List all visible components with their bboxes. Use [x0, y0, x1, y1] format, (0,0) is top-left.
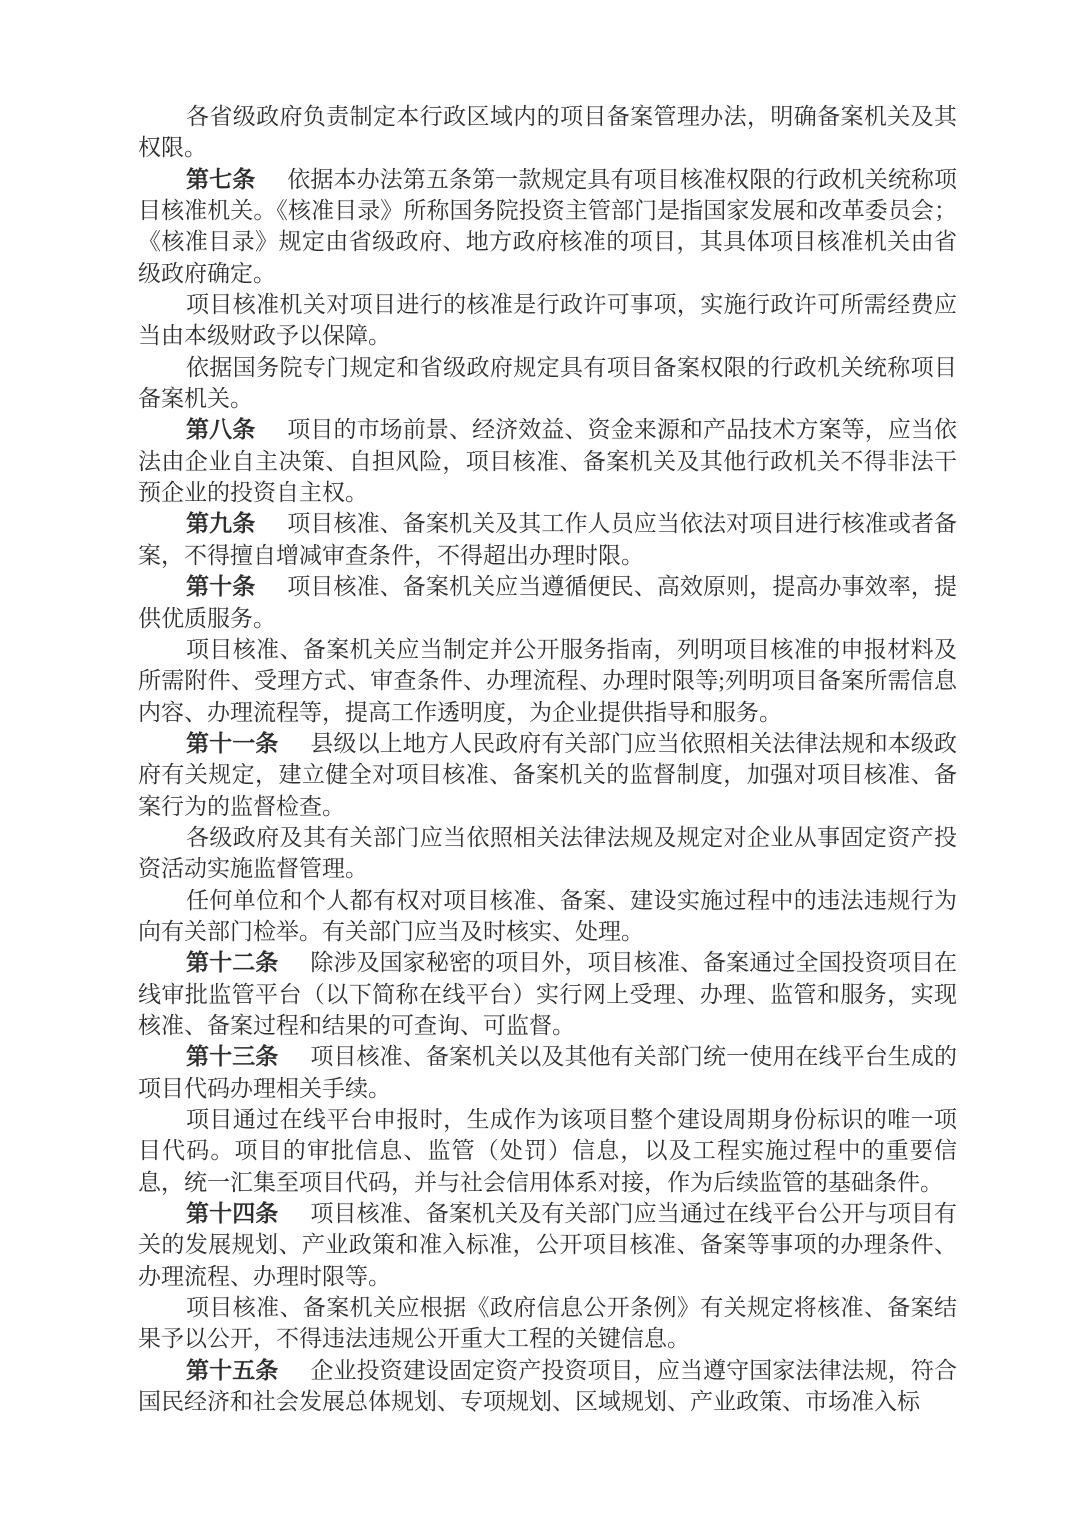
- paragraph-text: 项目通过在线平台申报时，生成作为该项目整个建设周期身份标识的唯一项目代码。项目的…: [138, 1107, 957, 1195]
- article-number-label: 第十四条: [186, 1201, 278, 1226]
- document-paragraph: 依据国务院专门规定和省级政府规定具有项目备案权限的行政机关统称项目备案机关。: [138, 352, 957, 415]
- document-paragraph: 第八条项目的市场前景、经济效益、资金来源和产品技术方案等，应当依法由企业自主决策…: [138, 414, 957, 508]
- document-paragraph: 第十二条除涉及国家秘密的项目外，项目核准、备案通过全国投资项目在线审批监管平台（…: [138, 947, 957, 1041]
- document-paragraph: 各省级政府负责制定本行政区域内的项目备案管理办法，明确备案机关及其权限。: [138, 101, 957, 164]
- paragraph-text: 项目核准、备案机关应当遵循便民、高效原则，提高办事效率，提供优质服务。: [138, 574, 957, 630]
- document-page: 各省级政府负责制定本行政区域内的项目备案管理办法，明确备案机关及其权限。 第七条…: [0, 0, 1074, 1520]
- article-number-label: 第十二条: [186, 950, 278, 975]
- document-paragraph: 项目核准、备案机关应当制定并公开服务指南，列明项目核准的申报材料及所需附件、受理…: [138, 634, 957, 728]
- paragraph-text: 项目的市场前景、经济效益、资金来源和产品技术方案等，应当依法由企业自主决策、自担…: [138, 417, 957, 505]
- document-paragraph: 第十五条企业投资建设固定资产投资项目，应当遵守国家法律法规，符合国民经济和社会发…: [138, 1355, 957, 1418]
- paragraph-text: 项目核准、备案机关及其工作人员应当依法对项目进行核准或者备案，不得擅自增减审查条…: [138, 511, 957, 567]
- document-paragraph: 第十四条项目核准、备案机关及有关部门应当通过在线平台公开与项目有关的发展规划、产…: [138, 1198, 957, 1292]
- document-paragraph: 各级政府及其有关部门应当依照相关法律法规及规定对企业从事固定资产投资活动实施监督…: [138, 822, 957, 885]
- article-number-label: 第十条: [186, 574, 255, 599]
- paragraph-text: 依据国务院专门规定和省级政府规定具有项目备案权限的行政机关统称项目备案机关。: [138, 355, 957, 411]
- document-paragraph: 第十条项目核准、备案机关应当遵循便民、高效原则，提高办事效率，提供优质服务。: [138, 571, 957, 634]
- document-paragraph: 第十三条项目核准、备案机关以及其他有关部门统一使用在线平台生成的项目代码办理相关…: [138, 1041, 957, 1104]
- paragraph-text: 各省级政府负责制定本行政区域内的项目备案管理办法，明确备案机关及其权限。: [138, 104, 957, 160]
- document-paragraph: 任何单位和个人都有权对项目核准、备案、建设实施过程中的违法违规行为向有关部门检举…: [138, 885, 957, 948]
- document-paragraph: 项目核准机关对项目进行的核准是行政许可事项，实施行政许可所需经费应当由本级财政予…: [138, 289, 957, 352]
- document-paragraph: 项目通过在线平台申报时，生成作为该项目整个建设周期身份标识的唯一项目代码。项目的…: [138, 1104, 957, 1198]
- document-paragraph: 项目核准、备案机关应根据《政府信息公开条例》有关规定将核准、备案结果予以公开，不…: [138, 1292, 957, 1355]
- document-paragraph: 第九条项目核准、备案机关及其工作人员应当依法对项目进行核准或者备案，不得擅自增减…: [138, 508, 957, 571]
- article-number-label: 第十五条: [186, 1358, 278, 1383]
- document-paragraph: 第十一条县级以上地方人民政府有关部门应当依照相关法律法规和本级政府有关规定，建立…: [138, 728, 957, 822]
- paragraph-text: 各级政府及其有关部门应当依照相关法律法规及规定对企业从事固定资产投资活动实施监督…: [138, 825, 957, 881]
- article-number-label: 第十一条: [186, 731, 278, 756]
- paragraph-text: 项目核准、备案机关应当制定并公开服务指南，列明项目核准的申报材料及所需附件、受理…: [138, 637, 957, 725]
- article-number-label: 第十三条: [186, 1044, 278, 1069]
- paragraph-text: 项目核准、备案机关应根据《政府信息公开条例》有关规定将核准、备案结果予以公开，不…: [138, 1295, 957, 1351]
- article-number-label: 第九条: [186, 511, 255, 536]
- paragraph-text: 项目核准机关对项目进行的核准是行政许可事项，实施行政许可所需经费应当由本级财政予…: [138, 292, 957, 348]
- article-number-label: 第七条: [186, 167, 255, 192]
- paragraph-text: 依据本办法第五条第一款规定具有项目核准权限的行政机关统称项目核准机关。《核准目录…: [138, 167, 957, 286]
- article-number-label: 第八条: [186, 417, 255, 442]
- paragraph-text: 任何单位和个人都有权对项目核准、备案、建设实施过程中的违法违规行为向有关部门检举…: [138, 888, 957, 944]
- document-paragraph: 第七条依据本办法第五条第一款规定具有项目核准权限的行政机关统称项目核准机关。《核…: [138, 164, 957, 289]
